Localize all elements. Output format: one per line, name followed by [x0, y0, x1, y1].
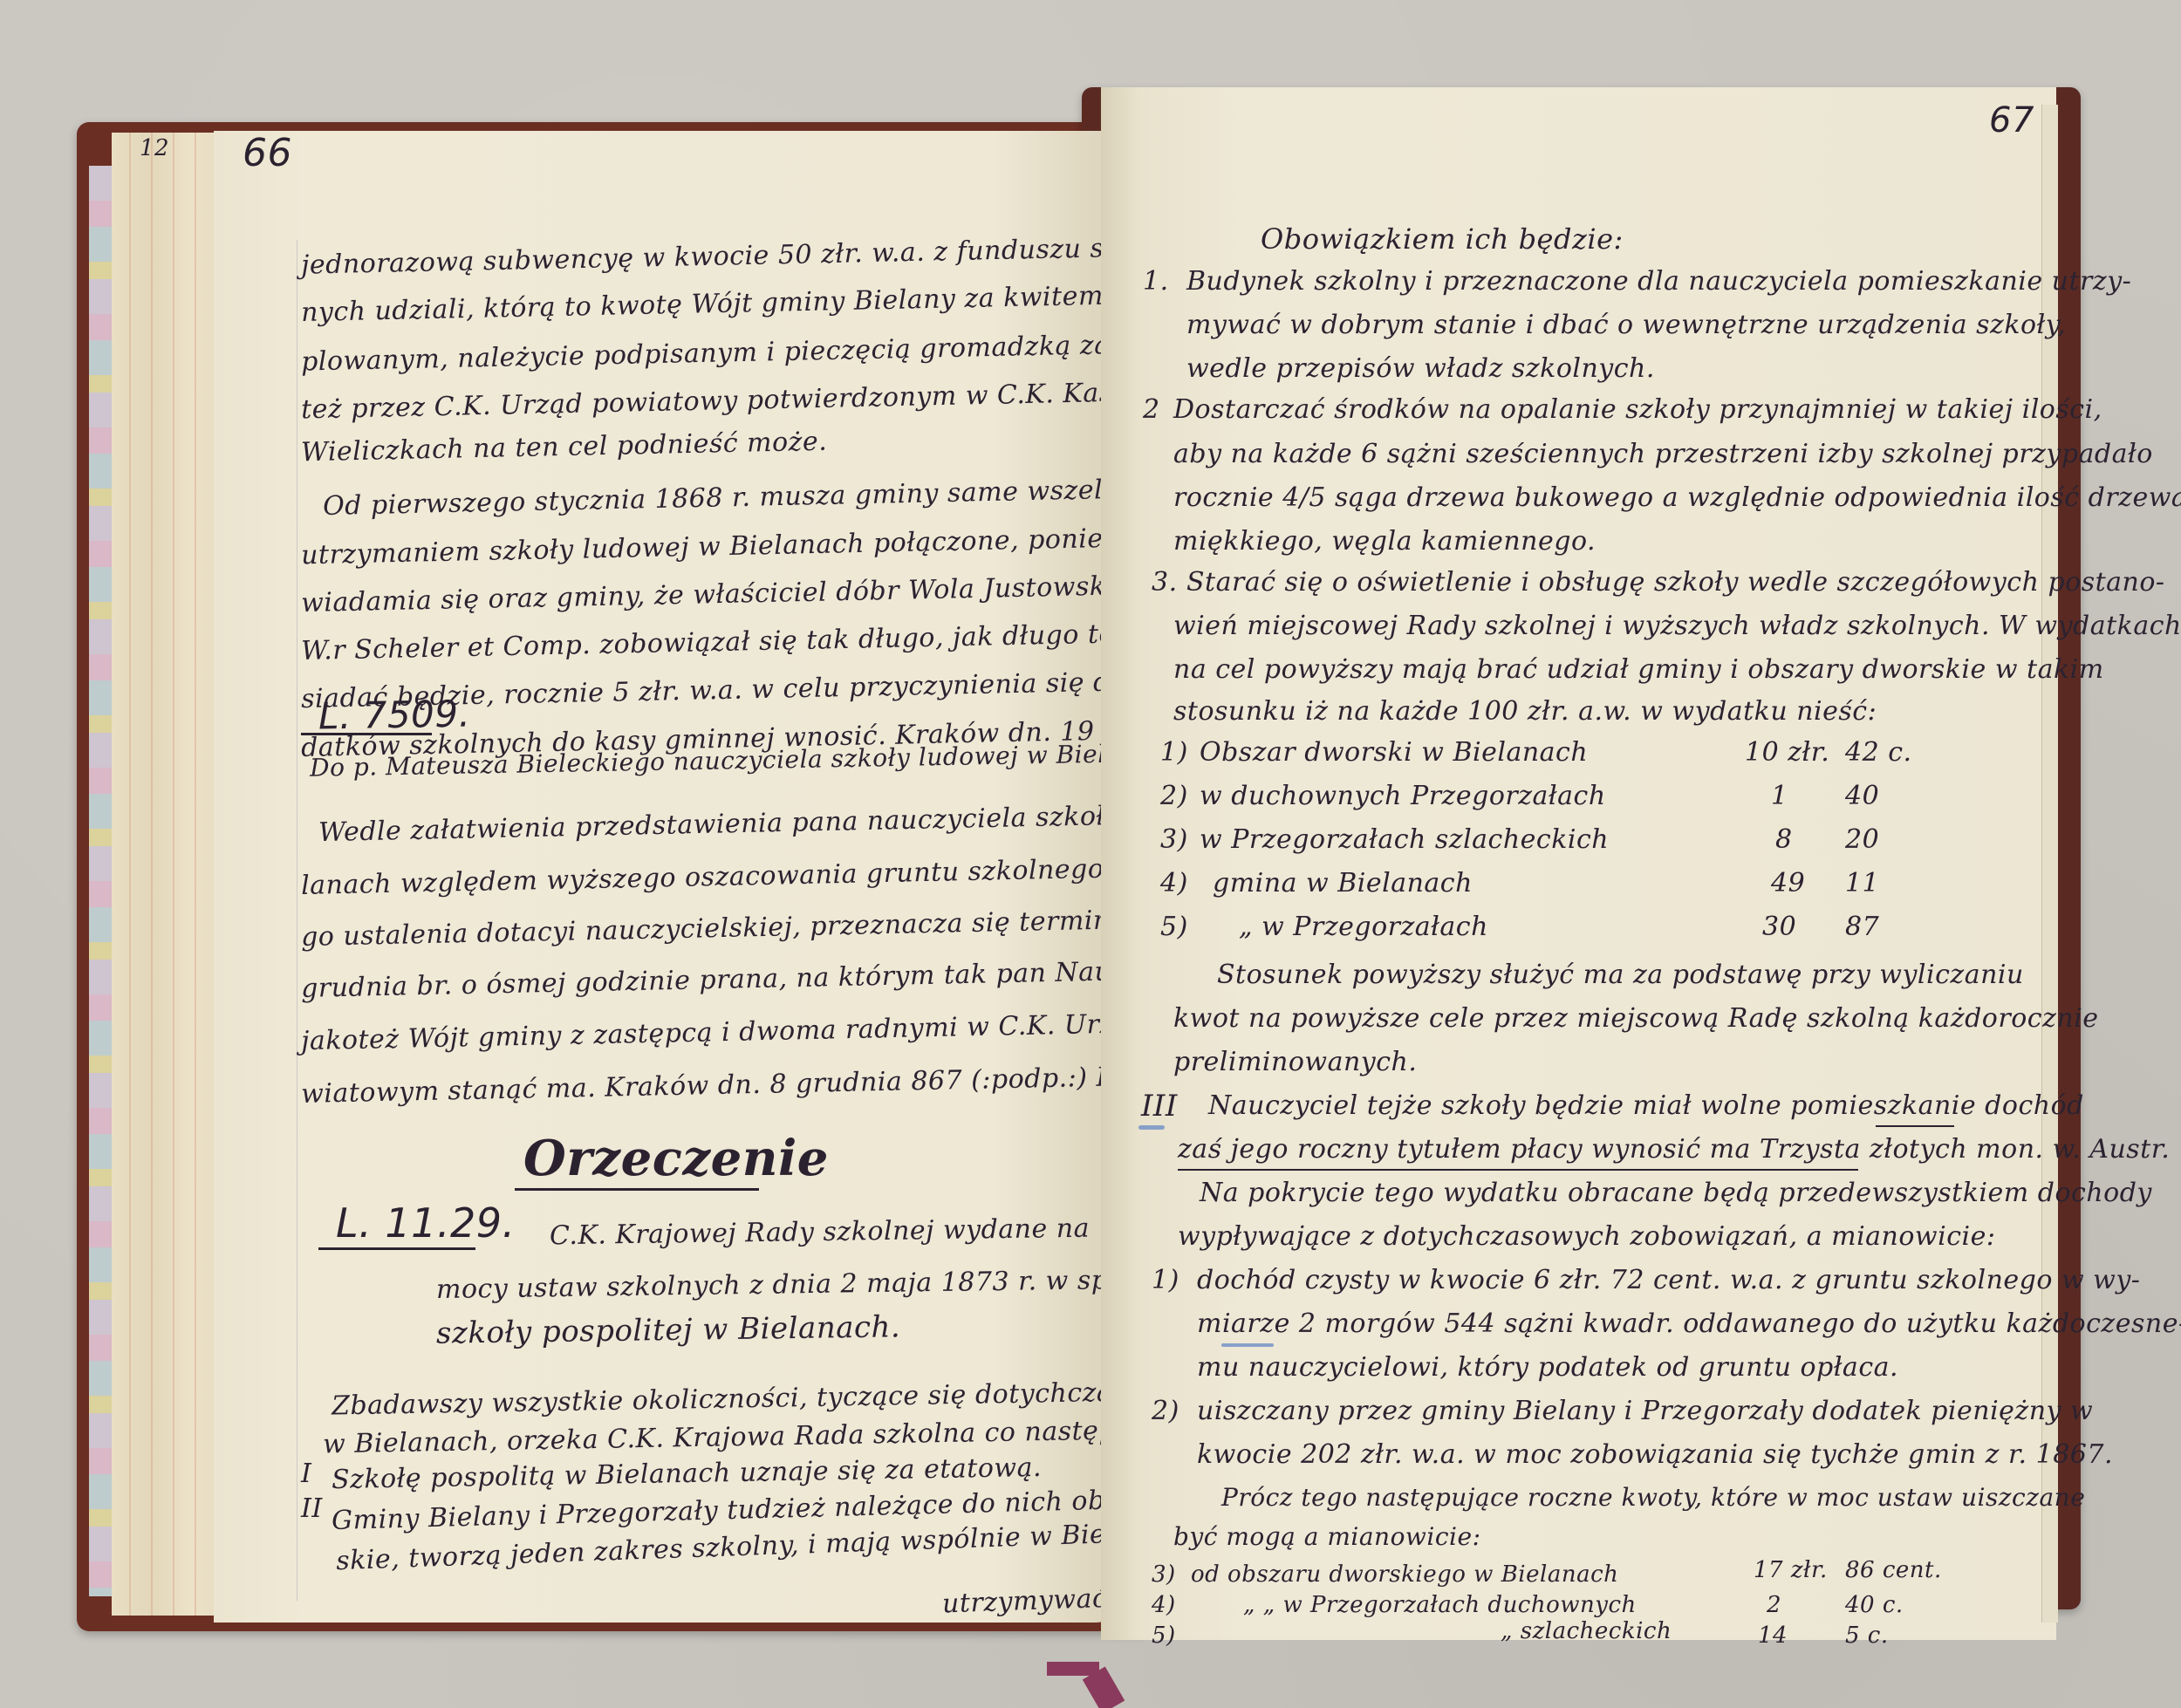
further-num: 4) — [1152, 1592, 1176, 1618]
duty-line: miękkiego, węgla kamiennego. — [1173, 526, 1596, 557]
ruling-title: Orzeczenie — [523, 1130, 829, 1187]
contribution-zl: 10 złr. — [1745, 737, 1829, 768]
ruling-number: L. 11.29. — [336, 1199, 516, 1247]
duty-line: stosunku iż na każde 100 złr. a.w. w wyd… — [1173, 696, 1877, 727]
income-num: 2) — [1152, 1396, 1179, 1426]
ruling-point-number: I — [301, 1459, 311, 1489]
entry-underline — [301, 733, 432, 735]
income-line: uiszczany przez gminy Bielany i Przegorz… — [1197, 1396, 2093, 1426]
margin-rule — [297, 240, 297, 1601]
salary-underline — [1178, 1169, 1858, 1171]
duty-number: 1. — [1143, 266, 1169, 297]
contribution-label: w duchownych Przegorzałach — [1200, 781, 1606, 811]
edge-page-number: 12 — [140, 135, 169, 161]
contribution-label: w Przegorzałach szlacheckich — [1200, 824, 1609, 855]
income-line: miarze 2 morgów 544 sążni kwadr. oddawan… — [1197, 1308, 2181, 1339]
duty-line: wedle przepisów władz szkolnych. — [1186, 353, 1655, 384]
income-num: 1) — [1152, 1265, 1179, 1295]
ruling-point-text: utrzymywać. — [941, 1583, 1116, 1620]
contribution-num: 4) — [1160, 868, 1188, 898]
ratio-note-line: Stosunek powyższy służyć ma za podstawę … — [1217, 960, 2024, 990]
underline-dochod — [1876, 1125, 1954, 1127]
duty-line: Budynek szkolny i przeznaczone dla naucz… — [1186, 266, 2131, 297]
further-label: „ „ w Przegorzałach duchownych — [1243, 1592, 1637, 1618]
further-kr: 5 c. — [1845, 1623, 1889, 1649]
bookmark-ribbon — [1047, 1662, 1099, 1676]
duty-line: rocznie 4/5 sąga drzewa bukowego a wzglę… — [1173, 482, 2181, 513]
further-note-line: być mogą a mianowicie: — [1173, 1522, 1481, 1551]
blue-pencil-mark — [1138, 1125, 1165, 1130]
point-line: Nauczyciel tejże szkoły będzie miał woln… — [1208, 1090, 2084, 1121]
duty-number: 2 — [1143, 394, 1160, 425]
further-num: 5) — [1152, 1623, 1176, 1649]
page-number-right: 67 — [1989, 100, 2034, 140]
page-number-left: 66 — [243, 131, 292, 175]
income-line: dochód czysty w kwocie 6 złr. 72 cent. w… — [1197, 1265, 2140, 1295]
contribution-zl: 30 — [1762, 912, 1796, 942]
contribution-label: gmina w Bielanach — [1213, 868, 1473, 898]
further-kr: 40 c. — [1845, 1592, 1904, 1618]
ratio-note-line: preliminowanych. — [1173, 1047, 1417, 1077]
further-zl: 17 złr. — [1754, 1557, 1828, 1583]
ruling-header-line: szkoły pospolitej w Bielanach. — [436, 1309, 901, 1350]
further-note-line: Prócz tego następujące roczne kwoty, któ… — [1221, 1483, 2085, 1512]
income-line: kwocie 202 złr. w.a. w moc zobowiązania … — [1197, 1439, 2113, 1470]
further-num: 3) — [1152, 1561, 1176, 1588]
contribution-label: „ w Przegorzałach — [1239, 912, 1488, 942]
ruling-point-number: II — [301, 1493, 323, 1524]
contribution-zl: 1 — [1771, 781, 1788, 811]
marbled-endpaper — [89, 166, 112, 1596]
contribution-kr: 11 — [1845, 868, 1879, 898]
duty-line: mywać w dobrym stanie i dbać o wewnętrzn… — [1186, 310, 2066, 340]
contribution-kr: 42 c. — [1845, 737, 1912, 768]
duty-line: Dostarczać środków na opalanie szkoły pr… — [1173, 394, 2102, 425]
ruling-title-underline — [515, 1188, 759, 1191]
section-heading: Obowiązkiem ich będzie: — [1261, 222, 1624, 256]
ratio-note-line: kwot na powyższe cele przez miejscową Ra… — [1173, 1003, 2099, 1034]
point-line: Na pokrycie tego wydatku obracane będą p… — [1200, 1178, 2152, 1208]
contribution-kr: 87 — [1845, 912, 1879, 942]
duty-line: na cel powyższy mają brać udział gminy i… — [1173, 654, 2104, 685]
duty-number: 3. — [1152, 567, 1178, 598]
contribution-label: Obszar dworski w Bielanach — [1200, 737, 1588, 768]
contribution-num: 5) — [1160, 912, 1188, 942]
duty-line: Starać się o oświetlenie i obsługę szkoł… — [1186, 567, 2165, 598]
blue-pencil-mark — [1221, 1343, 1274, 1347]
contribution-kr: 20 — [1845, 824, 1879, 855]
point-number: III — [1141, 1089, 1178, 1124]
further-zl: 14 — [1758, 1623, 1788, 1649]
contribution-num: 2) — [1160, 781, 1188, 811]
ruling-number-underline — [318, 1247, 475, 1250]
duty-line: aby na każde 6 sążni sześciennych przest… — [1173, 439, 2153, 469]
point-line: zaś jego roczny tytułem płacy wynosić ma… — [1178, 1134, 2170, 1165]
further-kr: 86 cent. — [1845, 1557, 1942, 1583]
contribution-zl: 8 — [1775, 824, 1793, 855]
point-line: wypływające z dotychczasowych zobowiązań… — [1178, 1221, 1995, 1252]
contribution-kr: 40 — [1845, 781, 1879, 811]
contribution-num: 1) — [1160, 737, 1188, 768]
contribution-zl: 49 — [1771, 868, 1805, 898]
further-label: od obszaru dworskiego w Bielanach — [1191, 1561, 1618, 1588]
further-zl: 2 — [1767, 1592, 1781, 1618]
further-label: „ szlacheckich — [1501, 1618, 1672, 1644]
entry-number: L. 7509. — [318, 692, 471, 737]
contribution-num: 3) — [1160, 824, 1188, 855]
duty-line: wień miejscowej Rady szkolnej i wyższych… — [1173, 611, 2181, 641]
income-line: mu nauczycielowi, który podatek od grunt… — [1197, 1352, 1898, 1383]
